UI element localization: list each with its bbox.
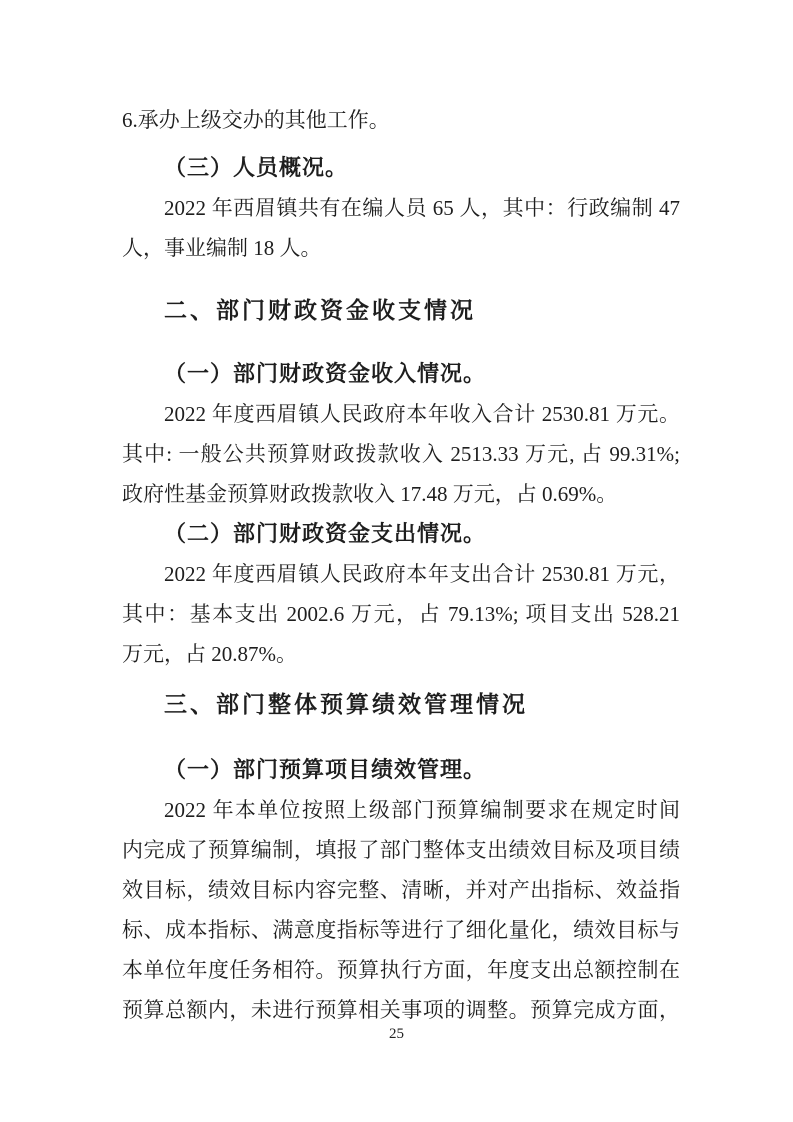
body-line: 政府性基金预算财政拨款收入 17.48 万元，占 0.69%。 [122,474,680,514]
body-line: 2022 年西眉镇共有在编人员 65 人，其中：行政编制 47 [122,188,680,228]
body-line: 2022 年度西眉镇人民政府本年支出合计 2530.81 万元， [122,554,680,594]
body-line: 本单位年度任务相符。预算执行方面，年度支出总额控制在 [122,950,680,990]
body-line: 其中：基本支出 2002.6 万元，占 79.13%; 项目支出 528.21 [122,594,680,634]
body-line: 6.承办上级交办的其他工作。 [122,100,680,140]
body-line: 标、成本指标、满意度指标等进行了细化量化，绩效目标与 [122,910,680,950]
body-line: 人，事业编制 18 人。 [122,228,680,268]
paragraph-other-duties: 6.承办上级交办的其他工作。 [122,100,680,140]
paragraph-expenditure: 2022 年度西眉镇人民政府本年支出合计 2530.81 万元， 其中：基本支出… [122,554,680,674]
subsection-heading-personnel-overview: （三）人员概况。 [122,148,680,188]
subsection-heading-revenue: （一）部门财政资金收入情况。 [122,354,680,394]
subsection-heading-expenditure: （二）部门财政资金支出情况。 [122,514,680,554]
body-line: 2022 年本单位按照上级部门预算编制要求在规定时间 [122,790,680,830]
section-heading-budget-performance: 三、部门整体预算绩效管理情况 [122,684,680,724]
paragraph-revenue: 2022 年度西眉镇人民政府本年收入合计 2530.81 万元。 其中: 一般公… [122,394,680,514]
subsection-heading-project-performance: （一）部门预算项目绩效管理。 [122,750,680,790]
paragraph-personnel: 2022 年西眉镇共有在编人员 65 人，其中：行政编制 47 人，事业编制 1… [122,188,680,268]
body-line: 万元，占 20.87%。 [122,634,680,674]
page-body-text: 6.承办上级交办的其他工作。 （三）人员概况。 2022 年西眉镇共有在编人员 … [122,100,680,1030]
body-line: 内完成了预算编制，填报了部门整体支出绩效目标及项目绩 [122,830,680,870]
body-line: 2022 年度西眉镇人民政府本年收入合计 2530.81 万元。 [122,394,680,434]
page-number: 25 [0,1024,793,1044]
body-line: 其中: 一般公共预算财政拨款收入 2513.33 万元, 占 99.31%; [122,434,680,474]
section-heading-fiscal-funds: 二、部门财政资金收支情况 [122,290,680,330]
paragraph-performance-management: 2022 年本单位按照上级部门预算编制要求在规定时间 内完成了预算编制，填报了部… [122,790,680,1030]
body-line: 效目标，绩效目标内容完整、清晰，并对产出指标、效益指 [122,870,680,910]
document-page: 6.承办上级交办的其他工作。 （三）人员概况。 2022 年西眉镇共有在编人员 … [0,0,793,1122]
